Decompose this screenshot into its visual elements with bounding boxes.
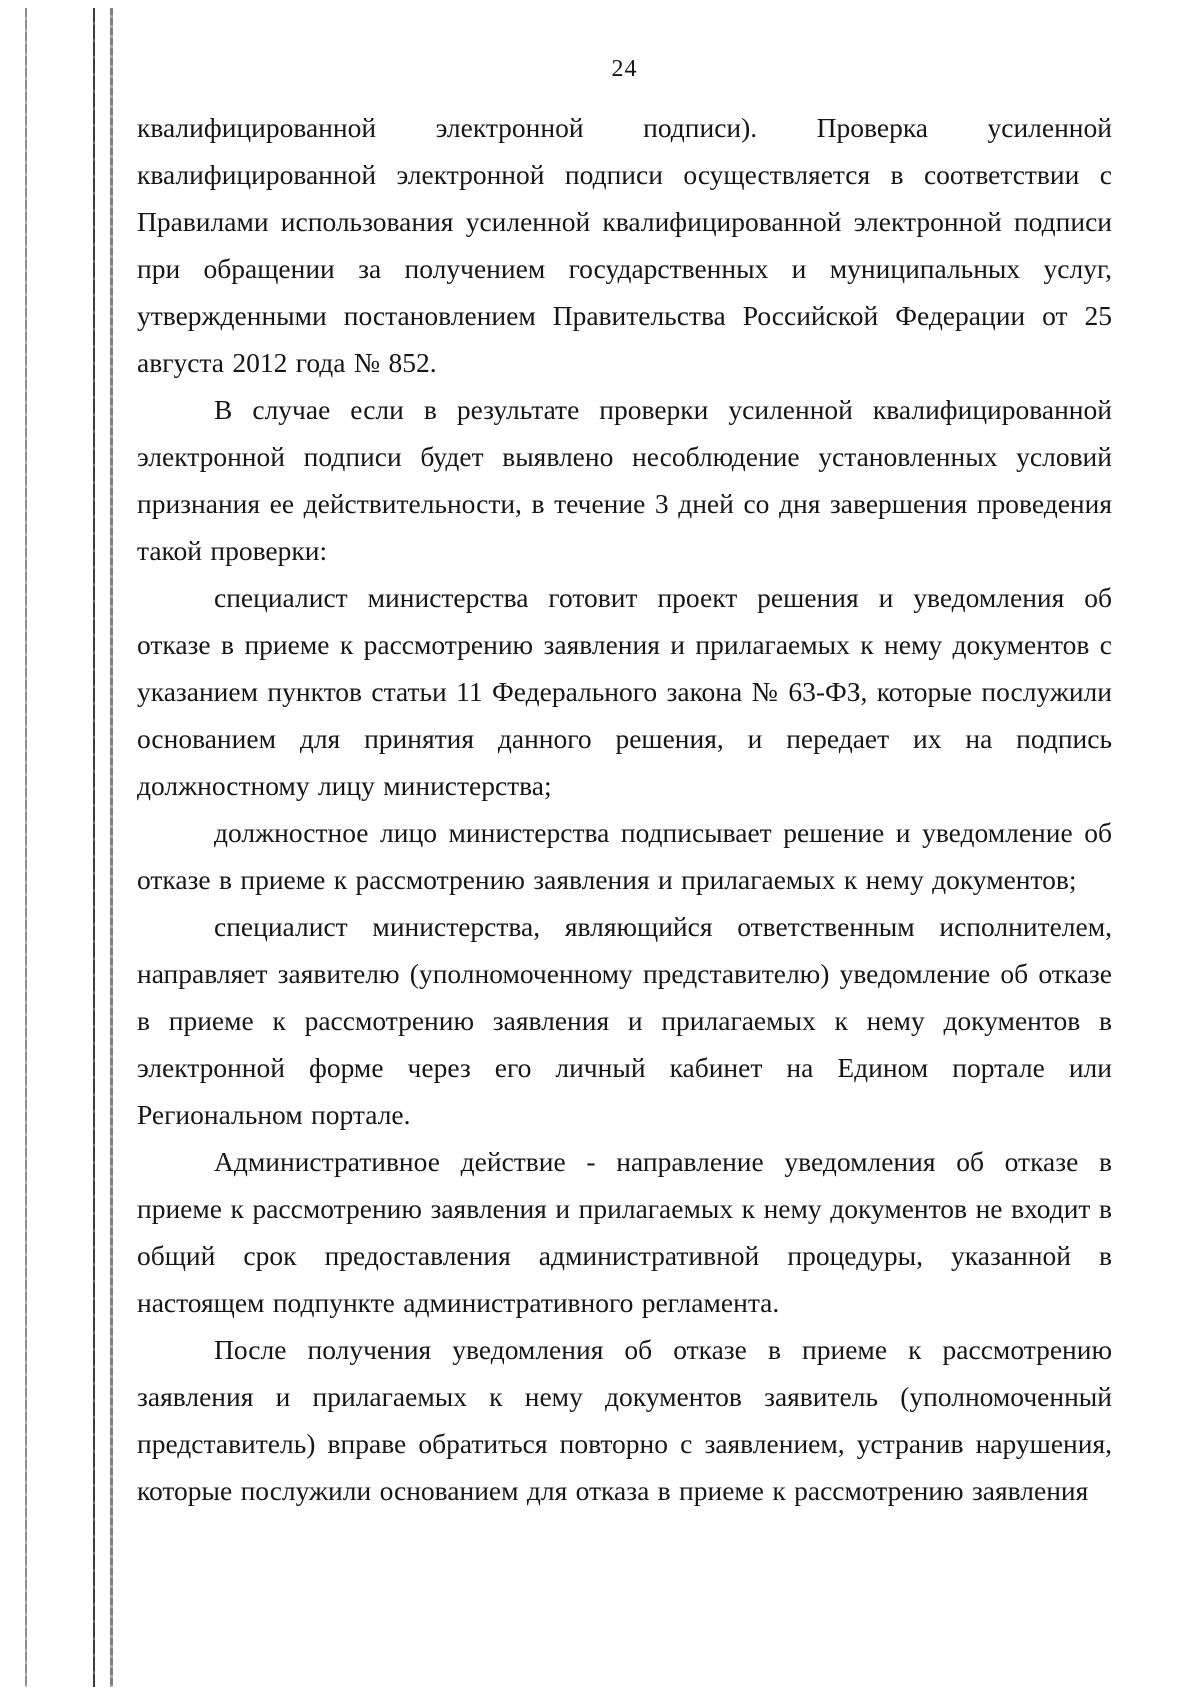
scan-margin-line-inner-gray [110, 8, 113, 1687]
paragraph: должностное лицо министерства подписывае… [137, 809, 1112, 903]
paragraph: квалифицированной электронной подписи). … [137, 104, 1112, 386]
paragraph: специалист министерства готовит проект р… [137, 574, 1112, 809]
paragraph: В случае если в результате проверки усил… [137, 386, 1112, 574]
paragraph: После получения уведомления об отказе в … [137, 1326, 1112, 1514]
page-number: 24 [137, 56, 1112, 83]
document-page: 24 квалифицированной электронной подписи… [0, 0, 1200, 1698]
paragraph: Административное действие - направление … [137, 1138, 1112, 1326]
scan-margin-line-inner-dark [93, 8, 95, 1687]
paragraph: специалист министерства, являющийся отве… [137, 903, 1112, 1138]
scan-margin-line-outer [25, 8, 27, 1687]
document-body: квалифицированной электронной подписи). … [137, 104, 1112, 1514]
